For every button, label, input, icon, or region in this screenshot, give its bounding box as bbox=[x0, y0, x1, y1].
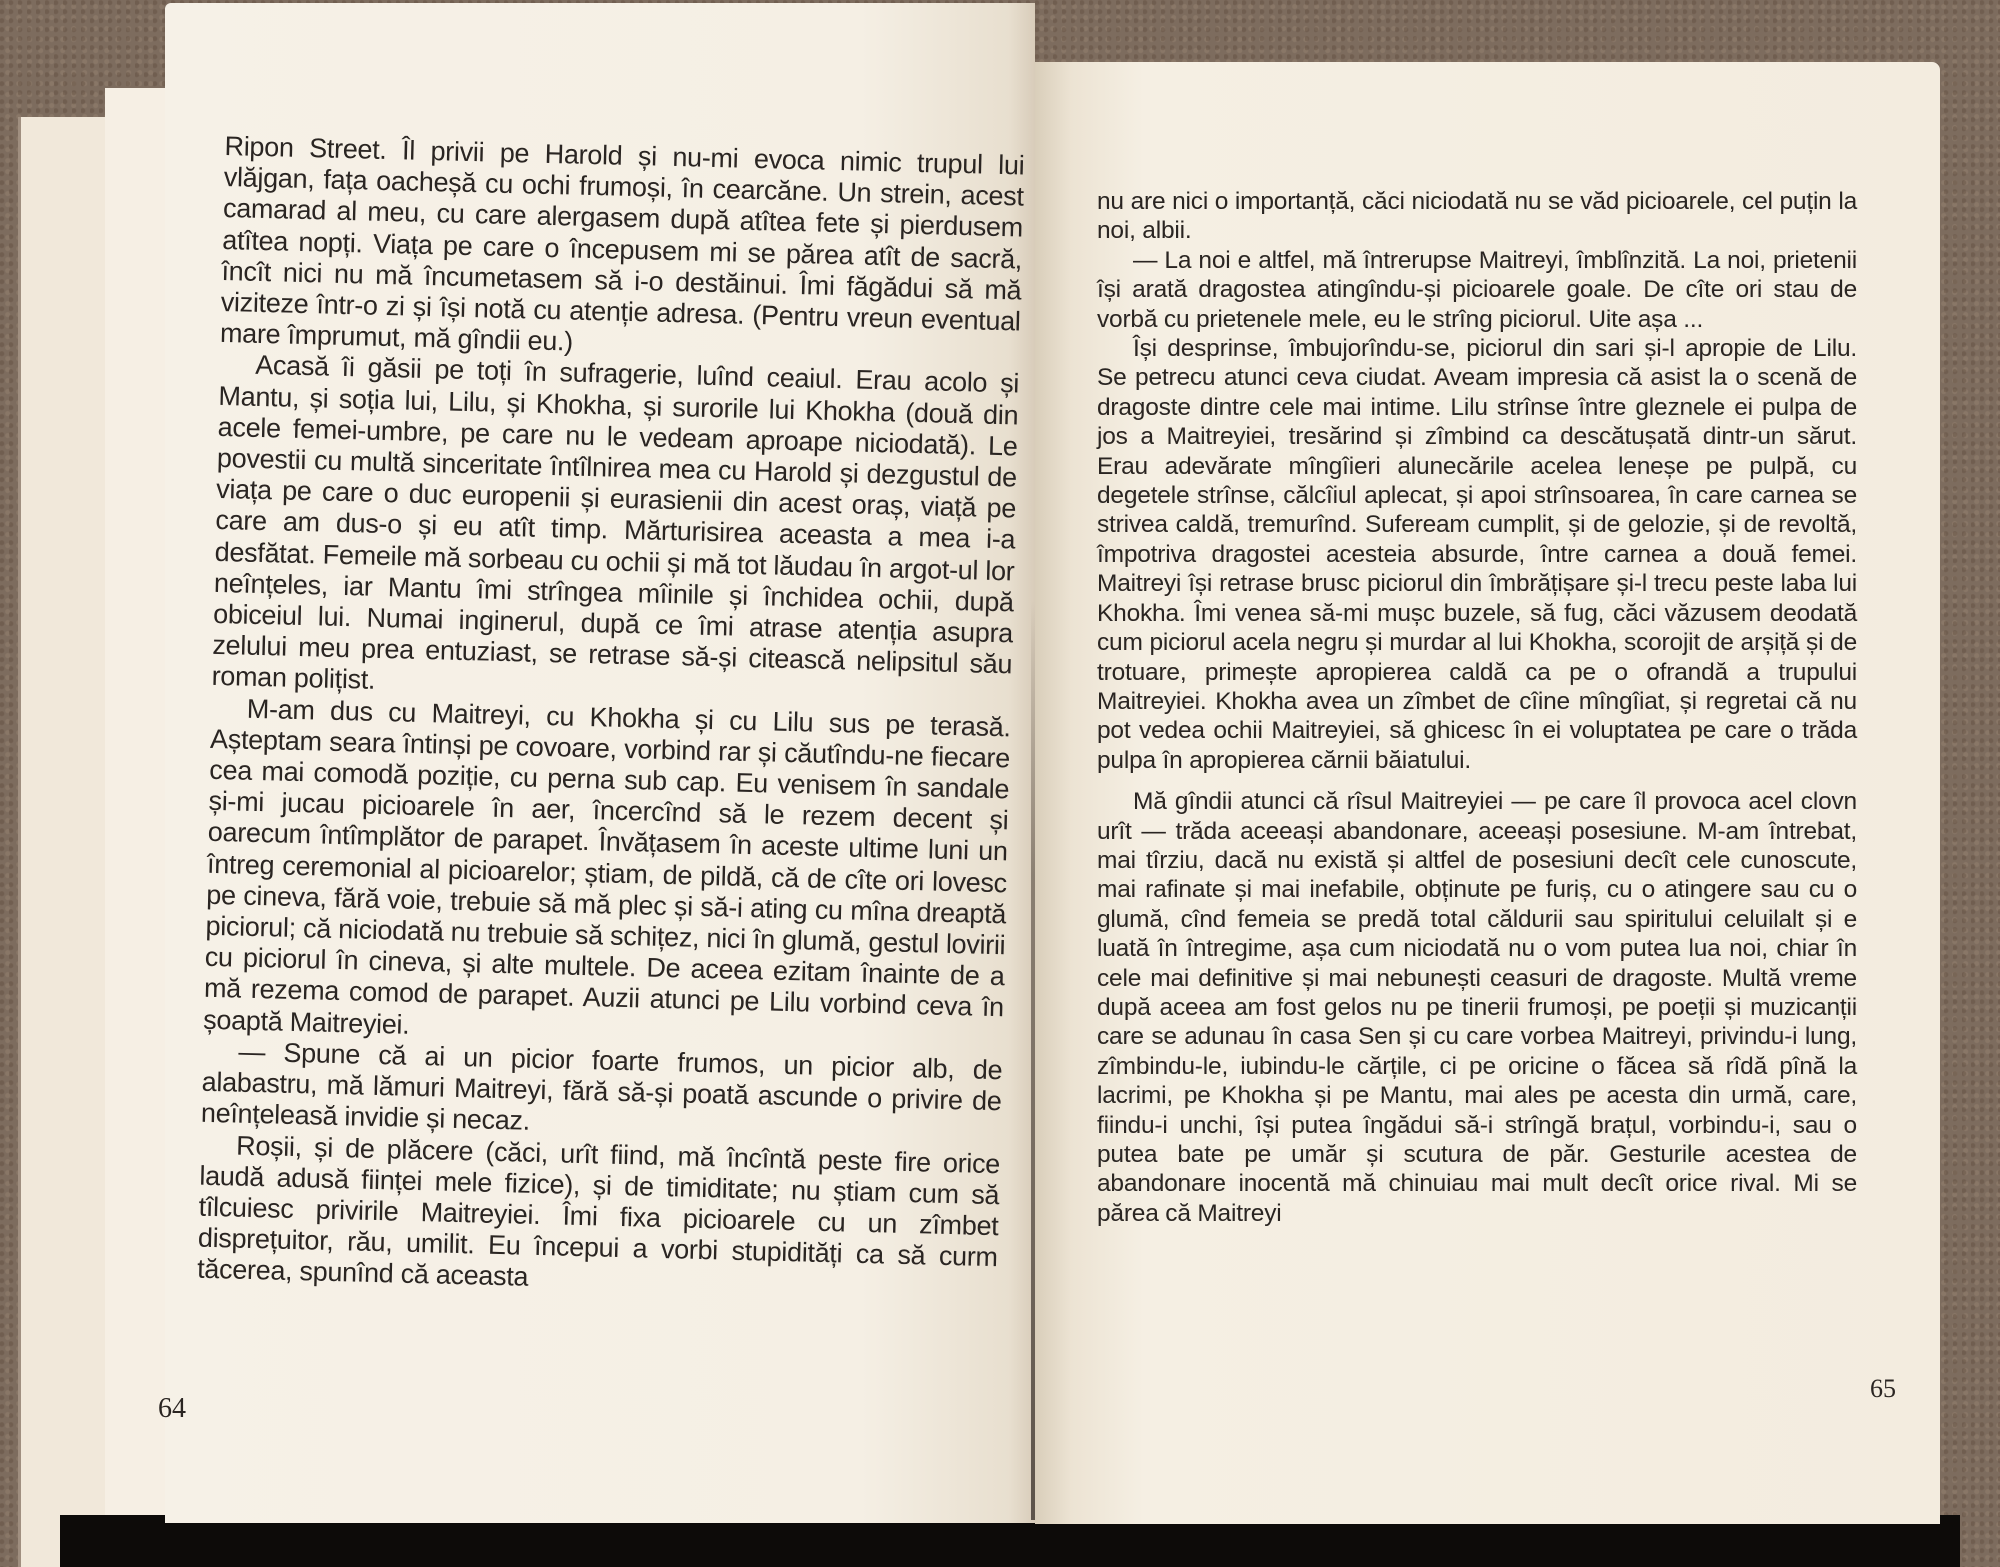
book-spine bbox=[1031, 600, 1035, 1520]
left-page: Ripon Street. Îl privii pe Harold și nu-… bbox=[165, 3, 1035, 1523]
paragraph: Mă gîndii atunci că rîsul Maitreyiei — p… bbox=[1097, 787, 1857, 1228]
left-page-text: Ripon Street. Îl privii pe Harold și nu-… bbox=[197, 131, 1025, 1305]
paragraph: nu are nici o importanță, căci niciodată… bbox=[1097, 187, 1857, 246]
page-number: 64 bbox=[158, 1393, 186, 1425]
paragraph: Ripon Street. Îl privii pe Harold și nu-… bbox=[220, 131, 1025, 369]
paragraph: — La noi e altfel, mă întrerupse Maitrey… bbox=[1097, 246, 1857, 334]
paragraph: Roșii, și de plăcere (căci, urît fiind, … bbox=[197, 1129, 1001, 1305]
right-page-text: nu are nici o importanță, căci niciodată… bbox=[1097, 187, 1857, 1228]
paragraph: Acasă îi găsii pe toți în sufragerie, lu… bbox=[211, 349, 1019, 712]
page-number: 65 bbox=[1870, 1374, 1896, 1404]
right-page: nu are nici o importanță, căci niciodată… bbox=[1035, 62, 1940, 1524]
paragraph: M-am dus cu Maitreyi, cu Khokha și cu Li… bbox=[203, 692, 1011, 1055]
paragraph: Își desprinse, îmbujorîndu-se, piciorul … bbox=[1097, 334, 1857, 775]
